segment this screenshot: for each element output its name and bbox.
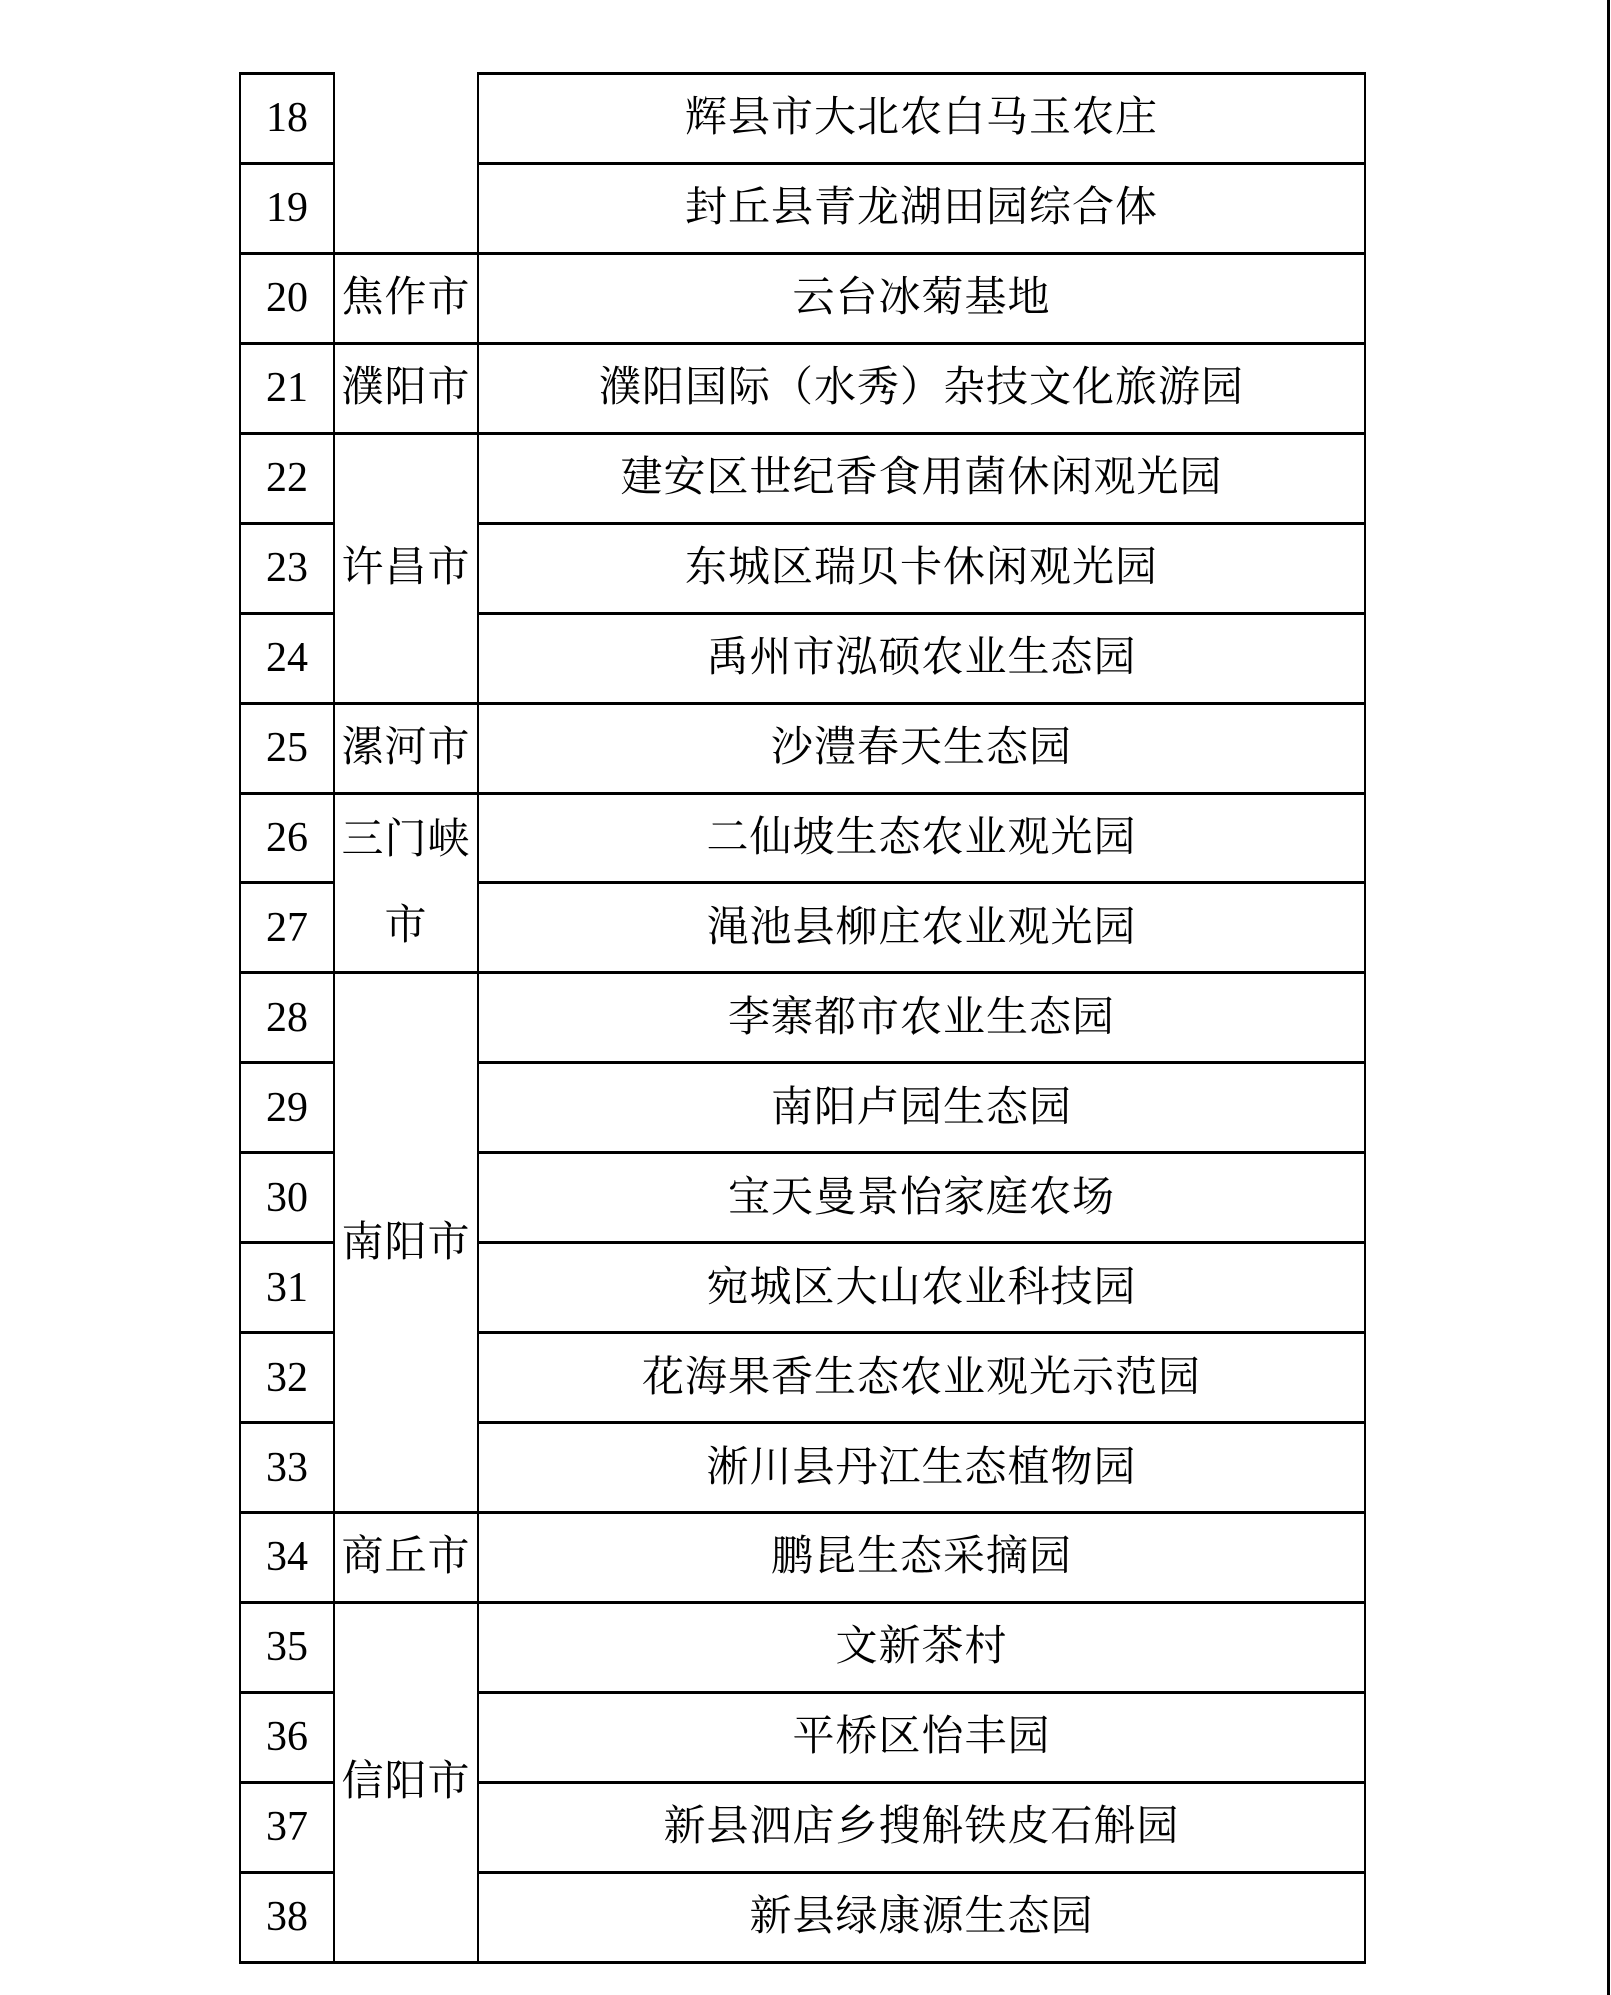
row-number-cell: 24 — [240, 613, 334, 703]
table-row: 34商丘市鹏昆生态采摘园 — [240, 1513, 1365, 1603]
park-name-cell: 渑池县柳庄农业观光园 — [478, 883, 1365, 973]
city-cell: 濮阳市 — [334, 343, 478, 433]
row-number-cell: 37 — [240, 1782, 334, 1872]
table-row: 18辉县市大北农白马玉农庄 — [240, 74, 1365, 164]
park-name-cell: 鹏昆生态采摘园 — [478, 1513, 1365, 1603]
row-number-cell: 28 — [240, 973, 334, 1063]
park-name-cell: 封丘县青龙湖田园综合体 — [478, 163, 1365, 253]
park-name-cell: 东城区瑞贝卡休闲观光园 — [478, 523, 1365, 613]
table-row: 20焦作市云台冰菊基地 — [240, 253, 1365, 343]
park-name-cell: 文新茶村 — [478, 1602, 1365, 1692]
row-number-cell: 38 — [240, 1872, 334, 1962]
park-name-cell: 建安区世纪香食用菌休闲观光园 — [478, 433, 1365, 523]
table-row: 25漯河市沙澧春天生态园 — [240, 703, 1365, 793]
row-number-cell: 31 — [240, 1243, 334, 1333]
city-cell — [334, 74, 478, 254]
row-number-cell: 36 — [240, 1692, 334, 1782]
park-name-cell: 淅川县丹江生态植物园 — [478, 1423, 1365, 1513]
row-number-cell: 27 — [240, 883, 334, 973]
table-row: 35信阳市文新茶村 — [240, 1602, 1365, 1692]
park-name-cell: 李寨都市农业生态园 — [478, 973, 1365, 1063]
row-number-cell: 30 — [240, 1153, 334, 1243]
park-name-cell: 平桥区怡丰园 — [478, 1692, 1365, 1782]
row-number-cell: 29 — [240, 1063, 334, 1153]
park-name-cell: 云台冰菊基地 — [478, 253, 1365, 343]
park-name-cell: 宛城区大山农业科技园 — [478, 1243, 1365, 1333]
parks-table-body: 18辉县市大北农白马玉农庄19封丘县青龙湖田园综合体20焦作市云台冰菊基地21濮… — [240, 74, 1365, 1963]
city-cell: 许昌市 — [334, 433, 478, 703]
row-number-cell: 32 — [240, 1333, 334, 1423]
city-cell: 信阳市 — [334, 1602, 478, 1962]
row-number-cell: 22 — [240, 433, 334, 523]
row-number-cell: 23 — [240, 523, 334, 613]
table-row: 26三门峡市二仙坡生态农业观光园 — [240, 793, 1365, 883]
page-edge-line — [1607, 0, 1610, 1995]
park-name-cell: 宝天曼景怡家庭农场 — [478, 1153, 1365, 1243]
table-row: 21濮阳市濮阳国际（水秀）杂技文化旅游园 — [240, 343, 1365, 433]
park-name-cell: 南阳卢园生态园 — [478, 1063, 1365, 1153]
row-number-cell: 18 — [240, 74, 334, 164]
park-name-cell: 二仙坡生态农业观光园 — [478, 793, 1365, 883]
parks-table: 18辉县市大北农白马玉农庄19封丘县青龙湖田园综合体20焦作市云台冰菊基地21濮… — [239, 72, 1366, 1964]
city-cell: 焦作市 — [334, 253, 478, 343]
document-page: { "page": { "background_color": "#ffffff… — [0, 0, 1611, 1995]
park-name-cell: 辉县市大北农白马玉农庄 — [478, 74, 1365, 164]
park-name-cell: 禹州市泓硕农业生态园 — [478, 613, 1365, 703]
row-number-cell: 19 — [240, 163, 334, 253]
city-cell: 商丘市 — [334, 1513, 478, 1603]
table-row: 28南阳市李寨都市农业生态园 — [240, 973, 1365, 1063]
row-number-cell: 21 — [240, 343, 334, 433]
park-name-cell: 濮阳国际（水秀）杂技文化旅游园 — [478, 343, 1365, 433]
row-number-cell: 33 — [240, 1423, 334, 1513]
park-name-cell: 花海果香生态农业观光示范园 — [478, 1333, 1365, 1423]
row-number-cell: 34 — [240, 1513, 334, 1603]
row-number-cell: 26 — [240, 793, 334, 883]
park-name-cell: 新县绿康源生态园 — [478, 1872, 1365, 1962]
city-cell: 漯河市 — [334, 703, 478, 793]
table-row: 22许昌市建安区世纪香食用菌休闲观光园 — [240, 433, 1365, 523]
row-number-cell: 20 — [240, 253, 334, 343]
city-cell: 南阳市 — [334, 973, 478, 1513]
page-background: 18辉县市大北农白马玉农庄19封丘县青龙湖田园综合体20焦作市云台冰菊基地21濮… — [0, 0, 1611, 1995]
row-number-cell: 25 — [240, 703, 334, 793]
park-name-cell: 新县泗店乡搜斛铁皮石斛园 — [478, 1782, 1365, 1872]
city-cell: 三门峡市 — [334, 793, 478, 973]
park-name-cell: 沙澧春天生态园 — [478, 703, 1365, 793]
row-number-cell: 35 — [240, 1602, 334, 1692]
